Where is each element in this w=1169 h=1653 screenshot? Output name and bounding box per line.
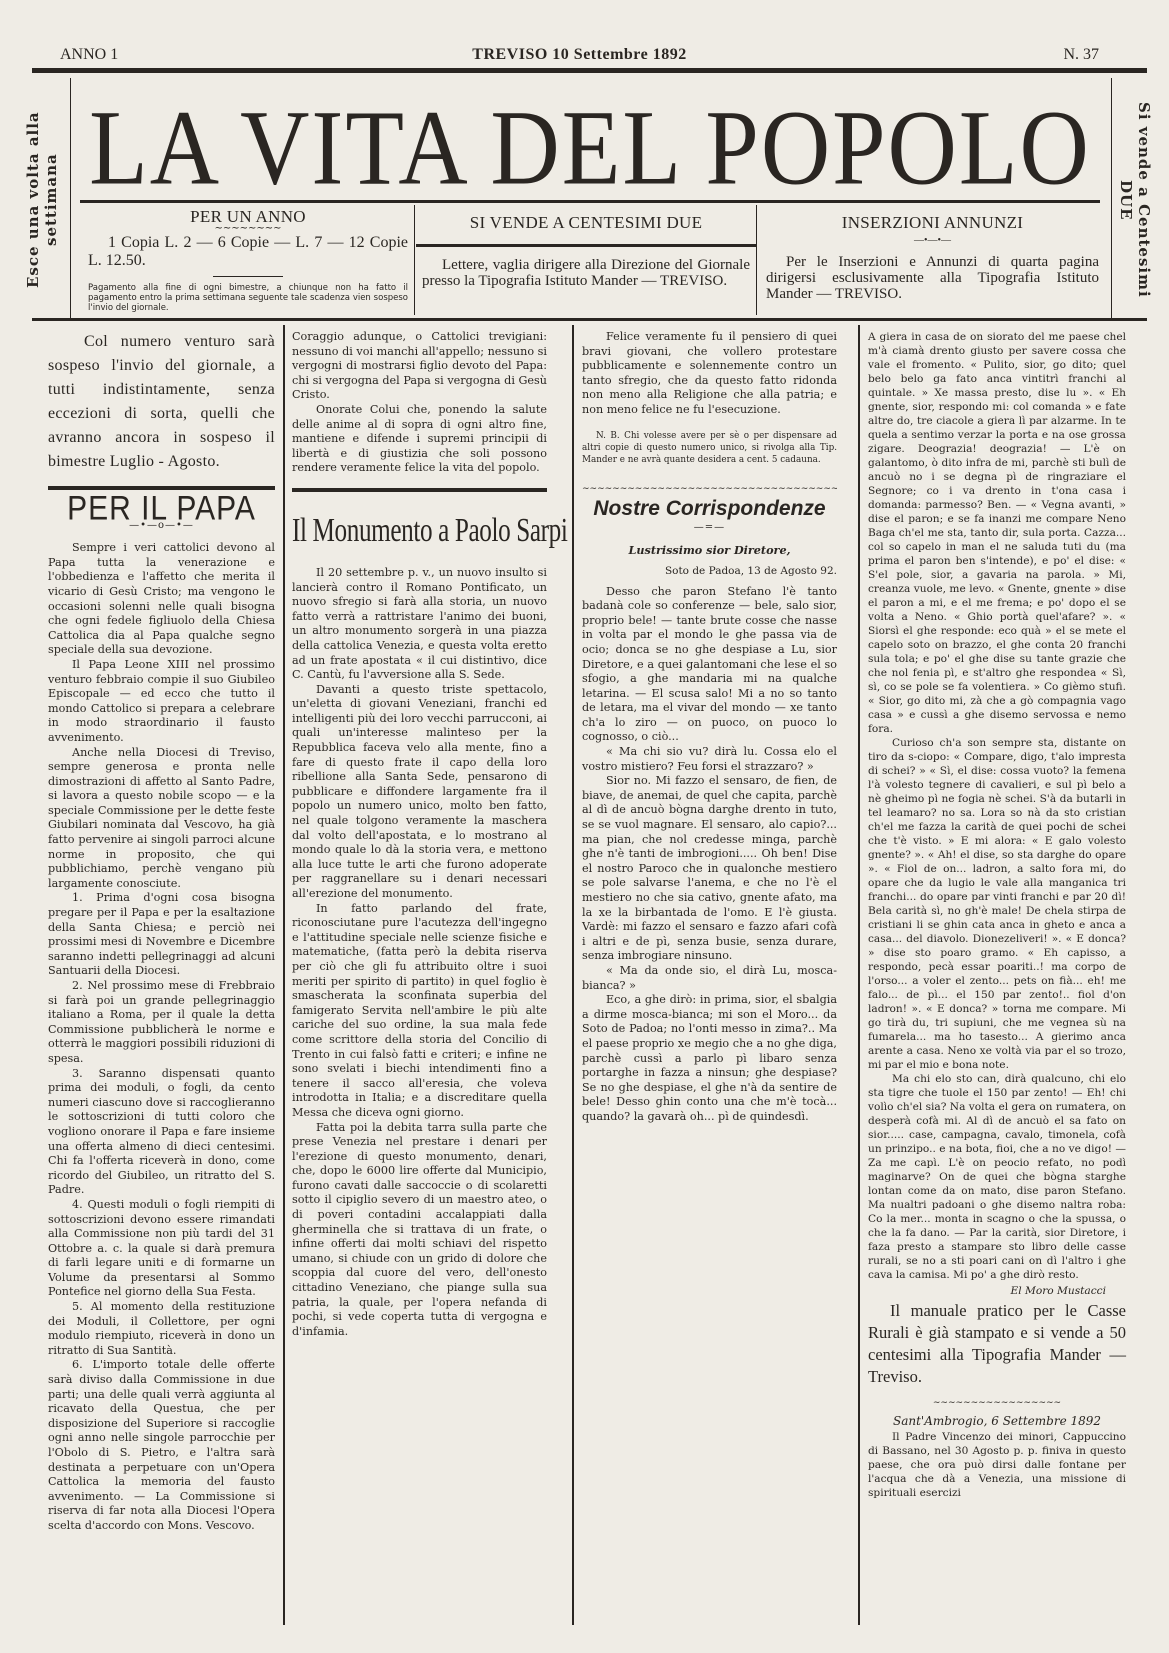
paragraph: Coraggio adunque, o Cattolici trevigiani… bbox=[292, 330, 547, 403]
paragraph: In fatto parlando del frate, riconosciut… bbox=[292, 902, 547, 1121]
paragraph: Desso che paron Stefano l'è tanto badanà… bbox=[582, 585, 837, 746]
manual-notice: Il manuale pratico per le Casse Rurali è… bbox=[868, 1300, 1126, 1388]
paragraph: A giera in casa de on siorato del me pae… bbox=[868, 330, 1126, 736]
letter-dateline: Soto de Padoa, 13 de Agosto 92. bbox=[582, 564, 837, 579]
subscription-box: PER UN ANNO ∼∼∼∼∼∼∼∼ 1 Copia L. 2 — 6 Co… bbox=[82, 205, 415, 315]
paragraph: Felice veramente fu il pensiero di quei … bbox=[582, 330, 837, 418]
paragraph: Davanti a questo triste spettacolo, un'e… bbox=[292, 683, 547, 902]
place-date: TREVISO 10 Settembre 1892 bbox=[60, 46, 1099, 64]
paragraph: « Ma chi sio vu? dirà lu. Cossa elo el v… bbox=[582, 745, 837, 774]
paragraph: 5. Al momento della restituzione dei Mod… bbox=[48, 1300, 275, 1358]
paragraph: Ma chi elo sto can, dirà qualcuno, chi e… bbox=[868, 1072, 1126, 1282]
column-3: Felice veramente fu il pensiero di quei … bbox=[582, 330, 837, 1630]
letter-signature: El Moro Mustacci bbox=[868, 1284, 1126, 1298]
ads-box-body: Per le Inserzioni e Annunzi di quarta pa… bbox=[760, 254, 1105, 302]
price-box: SI VENDE A CENTESIMI DUE Lettere, vaglia… bbox=[416, 205, 757, 315]
column-2: Coraggio adunque, o Cattolici trevigiani… bbox=[292, 330, 547, 1630]
price-box-body: Lettere, vaglia dirigere alla Direzione … bbox=[416, 257, 756, 289]
column-separator bbox=[858, 325, 860, 1625]
headline-per-il-papa: PER IL PAPA bbox=[48, 501, 275, 518]
column-separator bbox=[283, 325, 285, 1625]
paragraph: 4. Questi moduli o fogli riempiti di sot… bbox=[48, 1198, 275, 1300]
paragraph: Il Papa Leone XIII nel prossimo venturo … bbox=[48, 658, 275, 746]
side-text-right: Si vende a Centesimi DUE bbox=[1113, 95, 1153, 305]
ads-box: INSERZIONI ANNUNZI —•—•— Per le Inserzio… bbox=[760, 205, 1105, 315]
title-rule bbox=[80, 200, 1100, 203]
ads-ornament: —•—•— bbox=[760, 236, 1105, 246]
paragraph: Sempre i veri cattolici devono al Papa t… bbox=[48, 541, 275, 658]
nb-note: N. B. Chi volesse avere per sè o per dis… bbox=[582, 430, 837, 466]
santambrogio-dateline: Sant'Ambrogio, 6 Settembre 1892 bbox=[868, 1414, 1126, 1428]
newspaper-title: LA VITA DEL POPOLO bbox=[80, 86, 1100, 209]
headline-ornament: —=— bbox=[582, 521, 837, 536]
top-rule bbox=[32, 68, 1147, 73]
paragraph: Onorate Colui che, ponendo la salute del… bbox=[292, 403, 547, 476]
issue-number: N. 37 bbox=[1063, 46, 1099, 64]
ads-box-title: INSERZIONI ANNUNZI bbox=[760, 215, 1105, 230]
paragraph: 6. L'importo totale delle offerte sarà d… bbox=[48, 1358, 275, 1533]
paragraph: Il 20 settembre p. v., un nuovo insulto … bbox=[292, 566, 547, 683]
masthead-bottom-rule bbox=[32, 318, 1147, 321]
subscription-note: Pagamento alla fine di ogni bimestre, a … bbox=[82, 283, 414, 313]
price-box-rule bbox=[416, 244, 756, 247]
side-text-left: Esce una volta alla settimana bbox=[24, 95, 64, 305]
column-1: Col numero venturo sarà sospeso l'invio … bbox=[48, 330, 275, 1630]
subscription-title: PER UN ANNO bbox=[82, 209, 414, 224]
paragraph: Sior no. Mi fazzo el sensaro, de fien, d… bbox=[582, 774, 837, 964]
headline-monumento-sarpi: Il Monumento a Paolo Sarpi bbox=[292, 504, 481, 558]
paragraph: 1. Prima d'ogni cosa bisogna pregare per… bbox=[48, 891, 275, 979]
headline-nostre-corrispondenze: Nostre Corrispondenze bbox=[582, 502, 837, 517]
notice-text: Col numero venturo sarà sospeso l'invio … bbox=[48, 330, 275, 474]
paragraph: « Ma da onde sio, el dirà Lu, mosca-bian… bbox=[582, 964, 837, 993]
section-rule bbox=[292, 488, 547, 492]
letter-salutation: Lustrissimo sior Diretore, bbox=[582, 543, 837, 558]
paragraph: Eco, a ghe dirò: in prima, sior, el sbal… bbox=[582, 993, 837, 1124]
price-box-title: SI VENDE A CENTESIMI DUE bbox=[416, 215, 756, 230]
paragraph: Anche nella Diocesi di Treviso, sempre g… bbox=[48, 746, 275, 892]
paragraph: Fatta poi la debita tarra sulla parte ch… bbox=[292, 1121, 547, 1340]
wavy-rule: ∼∼∼∼∼∼∼∼∼∼∼∼∼∼∼∼∼ bbox=[868, 1396, 1126, 1410]
nb-text: N. B. Chi volesse avere per sè o per dis… bbox=[582, 430, 837, 466]
short-rule bbox=[213, 276, 283, 277]
paragraph: Curioso ch'a son sempre sta, distante on… bbox=[868, 736, 1126, 1072]
subscription-prices: 1 Copia L. 2 — 6 Copie — L. 7 — 12 Copie… bbox=[82, 234, 414, 270]
paragraph: 2. Nel prossimo mese di Frebbraio si far… bbox=[48, 979, 275, 1067]
suspension-notice: Col numero venturo sarà sospeso l'invio … bbox=[48, 330, 275, 474]
paragraph: 3. Saranno dispensati quanto prima dei m… bbox=[48, 1067, 275, 1198]
dateline-bar: ANNO 1 TREVISO 10 Settembre 1892 N. 37 bbox=[60, 46, 1099, 68]
manual-notice-text: Il manuale pratico per le Casse Rurali è… bbox=[868, 1300, 1126, 1388]
column-4: A giera in casa de on siorato del me pae… bbox=[868, 330, 1126, 1630]
squiggle-ornament: ∼∼∼∼∼∼∼∼ bbox=[82, 224, 414, 234]
paragraph: Il Padre Vincenzo dei minori, Cappuccino… bbox=[868, 1430, 1126, 1500]
wavy-rule: ∼∼∼∼∼∼∼∼∼∼∼∼∼∼∼∼∼∼∼∼∼∼∼∼∼∼∼∼∼∼∼∼∼∼∼∼∼∼∼∼… bbox=[582, 482, 837, 497]
column-separator bbox=[572, 325, 574, 1625]
